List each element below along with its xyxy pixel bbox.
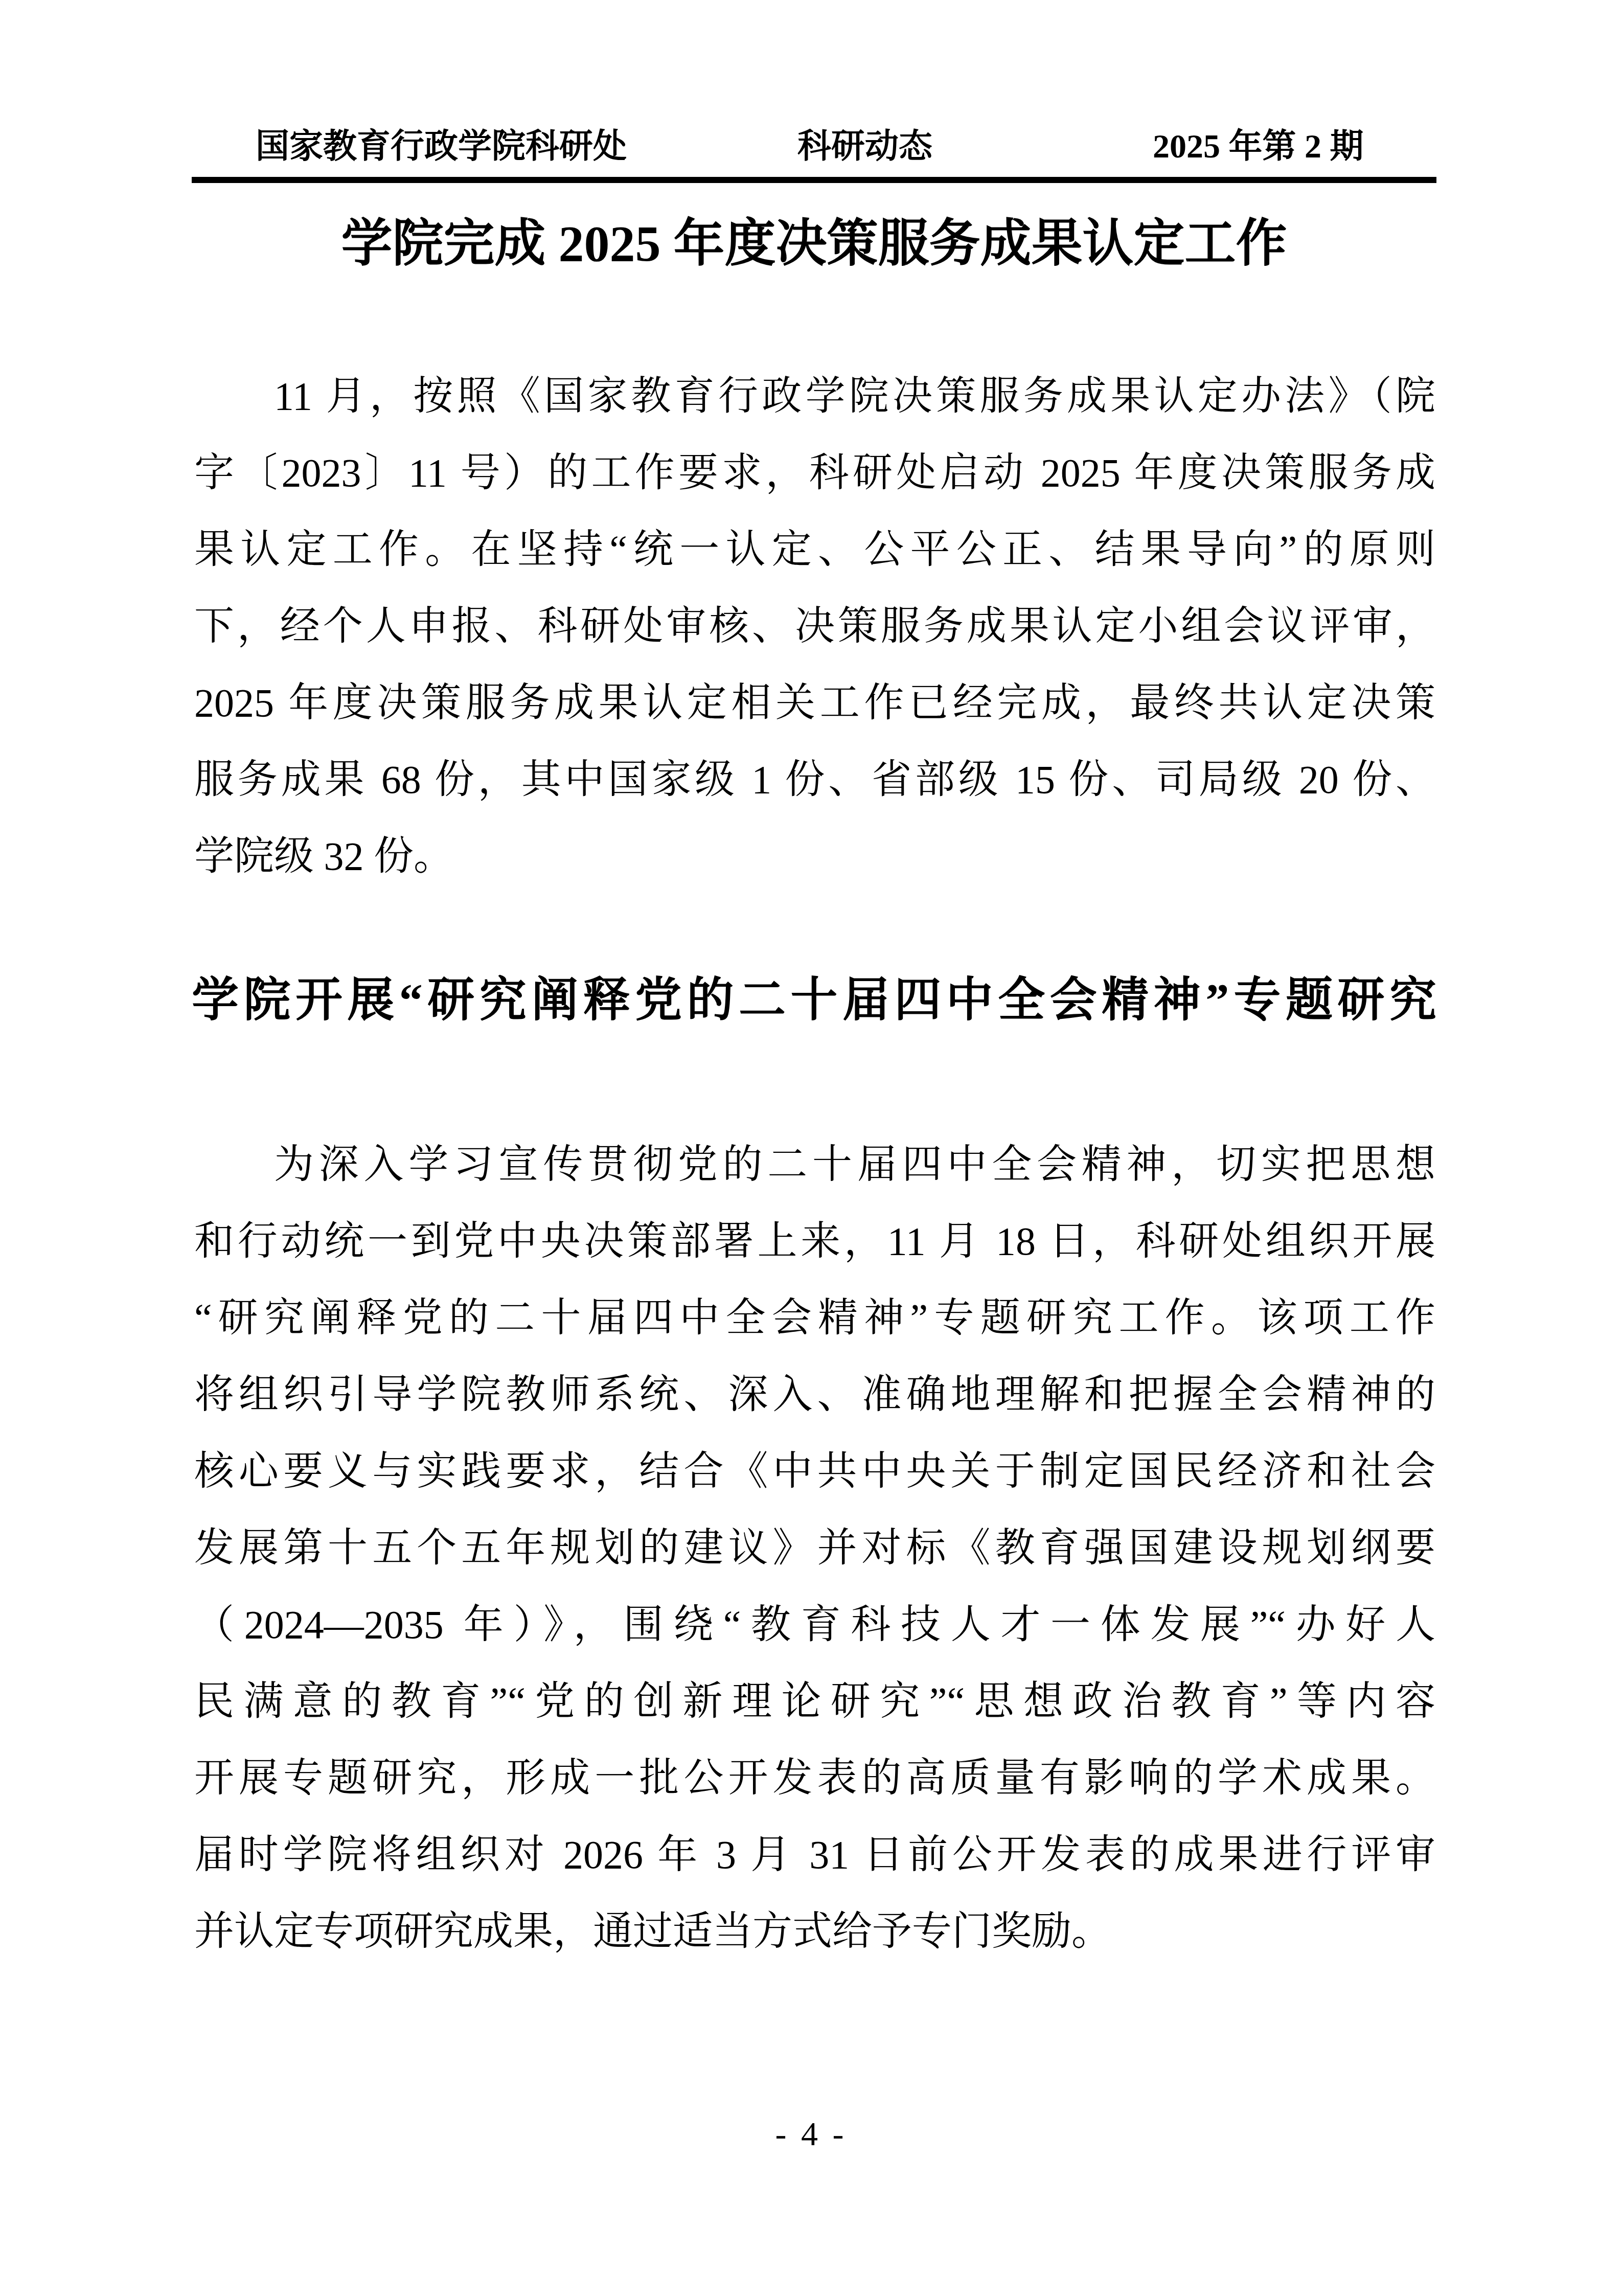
body-line: 核心要义与实践要求，结合《中共中央关于制定国民经济和社会 [194,1433,1435,1510]
body-line: 和行动统一到党中央决策部署上来，11 月 18 日，科研处组织开展 [194,1203,1435,1280]
body-line: 服务成果 68 份，其中国家级 1 份、省部级 15 份、司局级 20 份、 [194,741,1435,818]
body-line: 11 月，按照《国家教育行政学院决策服务成果认定办法》（院 [194,358,1435,435]
article-1-title: 学院完成 2025 年度决策服务成果认定工作 [192,214,1436,274]
body-line: 字〔2023〕11 号）的工作要求，科研处启动 2025 年度决策服务成 [194,435,1435,511]
body-line: 并认定专项研究成果，通过适当方式给予专门奖励。 [194,1893,1435,1970]
header-publication-name: 科研动态 [797,126,932,167]
page-number: - 4 - [0,2114,1622,2155]
body-line: 发展第十五个五年规划的建议》并对标《教育强国建设规划纲要 [194,1510,1435,1586]
header-divider-rule [192,177,1436,183]
body-line: 届时学院将组织对 2026 年 3 月 31 日前公开发表的成果进行评审 [194,1816,1435,1893]
body-line: （2024—2035 年）》，围绕“教育科技人才一体发展”“办好人 [194,1586,1435,1663]
body-line: 开展专题研究，形成一批公开发表的高质量有影响的学术成果。 [194,1740,1435,1816]
body-line: “研究阐释党的二十届四中全会精神”专题研究工作。该项工作 [194,1280,1435,1356]
body-line: 为深入学习宣传贯彻党的二十届四中全会精神，切实把思想 [194,1126,1435,1203]
article-2-body: 为深入学习宣传贯彻党的二十届四中全会精神，切实把思想 和行动统一到党中央决策部署… [194,1126,1435,1970]
body-line: 民满意的教育”“党的创新理论研究”“思想政治教育”等内容 [194,1663,1435,1740]
body-line: 2025 年度决策服务成果认定相关工作已经完成，最终共认定决策 [194,665,1435,741]
body-line: 将组织引导学院教师系统、深入、准确地理解和把握全会精神的 [194,1356,1435,1433]
article-1-body: 11 月，按照《国家教育行政学院决策服务成果认定办法》（院 字〔2023〕11 … [194,358,1435,895]
article-2-title: 学院开展“研究阐释党的二十届四中全会精神”专题研究 [192,972,1436,1028]
body-line: 下，经个人申报、科研处审核、决策服务成果认定小组会议评审， [194,588,1435,665]
header-issue-number: 2025 年第 2 期 [1153,126,1364,167]
body-line: 果认定工作。在坚持“统一认定、公平公正、结果导向”的原则 [194,511,1435,588]
body-line: 学院级 32 份。 [194,818,1435,895]
header-org-name: 国家教育行政学院科研处 [256,126,627,167]
